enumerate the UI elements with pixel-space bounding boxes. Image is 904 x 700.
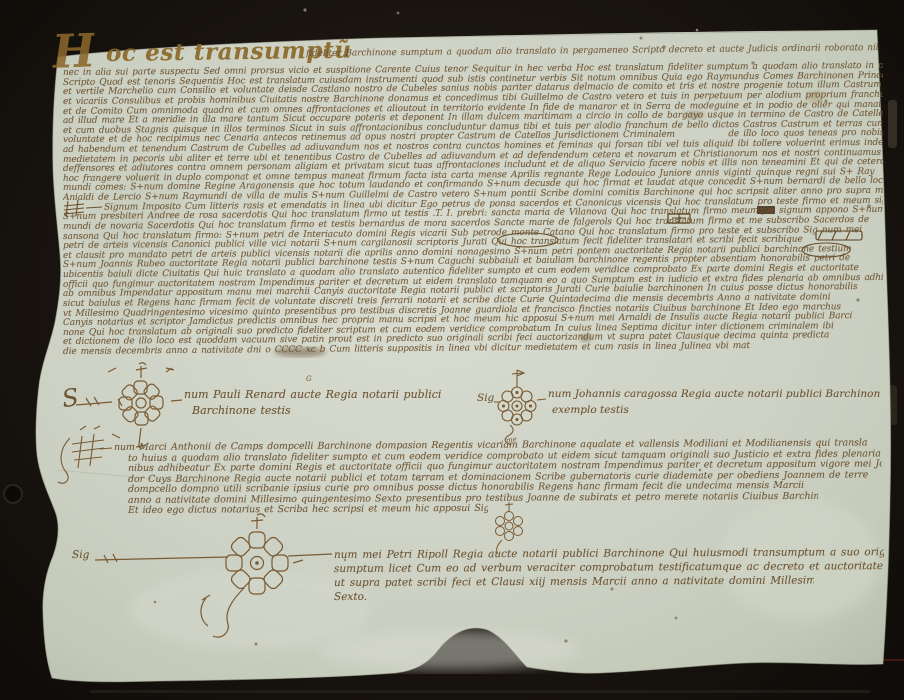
backing-knob	[4, 485, 22, 503]
ripoll-line: ut supra patet scribi feci et Clausi xii…	[334, 574, 814, 589]
backing-slit-upper	[888, 100, 897, 148]
camps-line: Et ideo ego dictus notarius et Scriba he…	[128, 503, 488, 516]
witness-right-line1: num Johannis caragossa Regia aucte notar…	[548, 388, 880, 400]
manuscript-photo: H oc est transumptũ fideliter Barchinone…	[0, 0, 904, 700]
witness-left-line1: num Pauli Renard aucte Regia notarii pub…	[184, 388, 464, 401]
backing-shelf-line	[90, 690, 870, 693]
witness-right-line2: exemplo testis	[552, 404, 672, 416]
ripoll-sig-word: Sig	[72, 549, 89, 561]
ripoll-line: Sexto.	[334, 591, 414, 603]
witness-right-sig-word: Sig	[477, 392, 494, 404]
witness-left-line2: Barchinone testis	[192, 404, 352, 417]
witness-left-supermark: G	[306, 375, 312, 383]
